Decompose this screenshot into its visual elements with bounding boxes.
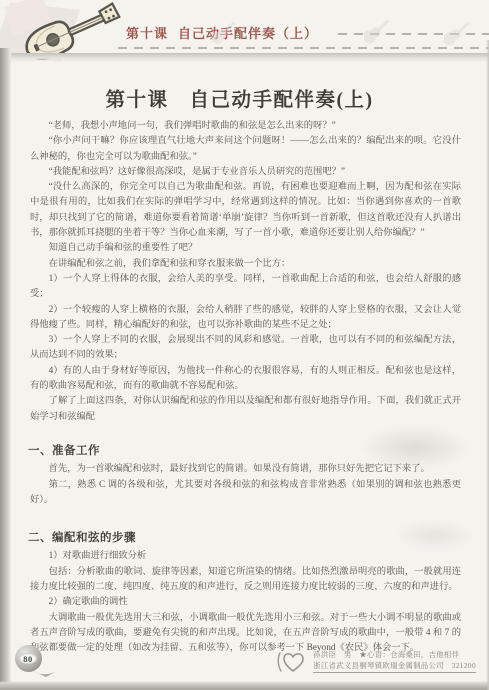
paragraph: 第二，熟悉 C 调的各级和弦，尤其要对各级和弦的和弦构成音非常熟悉（如果别的调和… [30,478,461,509]
badge-sphere: 80 [15,645,42,672]
badge-oval: 80 [19,653,37,664]
header-lesson-name: 自己动手配伴奏（上） [178,26,318,41]
scan-stain [360,425,470,470]
page-number: 80 [23,654,33,664]
paragraph: 1）对歌曲进行细致分析 [30,549,461,564]
page-fold-shadow [0,53,489,62]
section-chord-steps: 二、编配和弦的步骤 1）对歌曲进行细致分析 包括：分析歌曲的歌词、旋律等因素，知… [30,531,461,656]
heart-icon [276,651,308,675]
credit-line-1: 孙洪臣 男 ★心语：仓海桑田，吉他相伴 [313,649,476,660]
page-body: “老师，我想小声地问一句，我们弹唱时歌曲的和弦是怎么出来的呀？” “你小声问干嘛… [30,119,461,657]
header-lesson-label: 第十课 [126,26,168,41]
paragraph: “老师，我想小声地问一句，我们弹唱时歌曲的和弦是怎么出来的呀？” [30,119,461,134]
paragraph: 知道自己动手编和弦的重要性了吧？ [30,241,461,256]
paragraph: 1）一个人穿上得体的衣服，会给人美的享受。同样，一首歌曲配上合适的和弦，也会给人… [30,272,461,303]
paragraph: “你小声问干嘛？你应该理直气壮地大声来问这个问题呀！——怎么出来的？编配出来的呗… [30,134,461,165]
paragraph: 3）一个人穿上不同的衣服，会展现出不同的风彩和感觉。一首歌，也可以有不同的和弦编… [30,333,461,364]
page-number-badge: 80 [15,645,59,681]
badge-tail-swoosh [33,669,57,678]
header-dashed-rule [118,47,489,49]
paragraph: 2）确定歌曲的调性 [30,595,461,610]
paragraph: 了解了上面这四条，对你认识编配和弦的作用以及编配和都有很好地指导作用。下面，我们… [30,394,461,425]
page-title: 第十课 自己动手配伴奏(上) [0,84,479,112]
credit-line-2: 浙江省武义县桐琴镇欧瑞金属制品公司 321200 [313,660,476,673]
guitar-silhouette-icon [210,16,236,50]
page-header: 第十课自己动手配伴奏（上） [0,0,489,62]
paragraph: “我能配和弦吗？这好像很高深哎，是属于专业音乐人员研究的范围吧？” [30,165,461,180]
footer-credit: 孙洪臣 男 ★心语：仓海桑田，吉他相伴 浙江省武义县桐琴镇欧瑞金属制品公司 32… [276,649,476,675]
paragraph: 4）有的人由于身材好等原因，为他找一件称心的衣服很容易，有的人则正相反。配和弦也… [30,364,461,395]
scan-edge-left [0,48,11,690]
paragraph: 在讲编配和弦之前，我们拿配和弦和穿衣服来做一个比方： [30,257,461,272]
credit-text: 孙洪臣 男 ★心语：仓海桑田，吉他相伴 浙江省武义县桐琴镇欧瑞金属制品公司 32… [313,649,476,673]
paragraph: 包括：分析歌曲的歌词、旋律等因素，知道它所渲染的情绪。比如热烈激昂明亮的歌曲，一… [30,565,461,596]
paragraph: 2）一个较瘦的人穿上横格的衣服，会给人稍胖了些的感觉，较胖的人穿上竖格的衣服，又… [30,303,461,334]
guitar-silhouette-icon [364,14,390,50]
paragraph: “没什么高深的，你完全可以自己为歌曲配和弦。再说，有困难也要迎难而上啊，因为配和… [30,180,461,241]
book-page: 第十课自己动手配伴奏（上） 第十课 自己动手配伴奏(上) “老师，我想小声地问一… [0,0,489,690]
guitar-silhouette-icon [444,16,470,52]
scan-stain [395,520,475,550]
scan-edge-bottom [0,681,489,690]
